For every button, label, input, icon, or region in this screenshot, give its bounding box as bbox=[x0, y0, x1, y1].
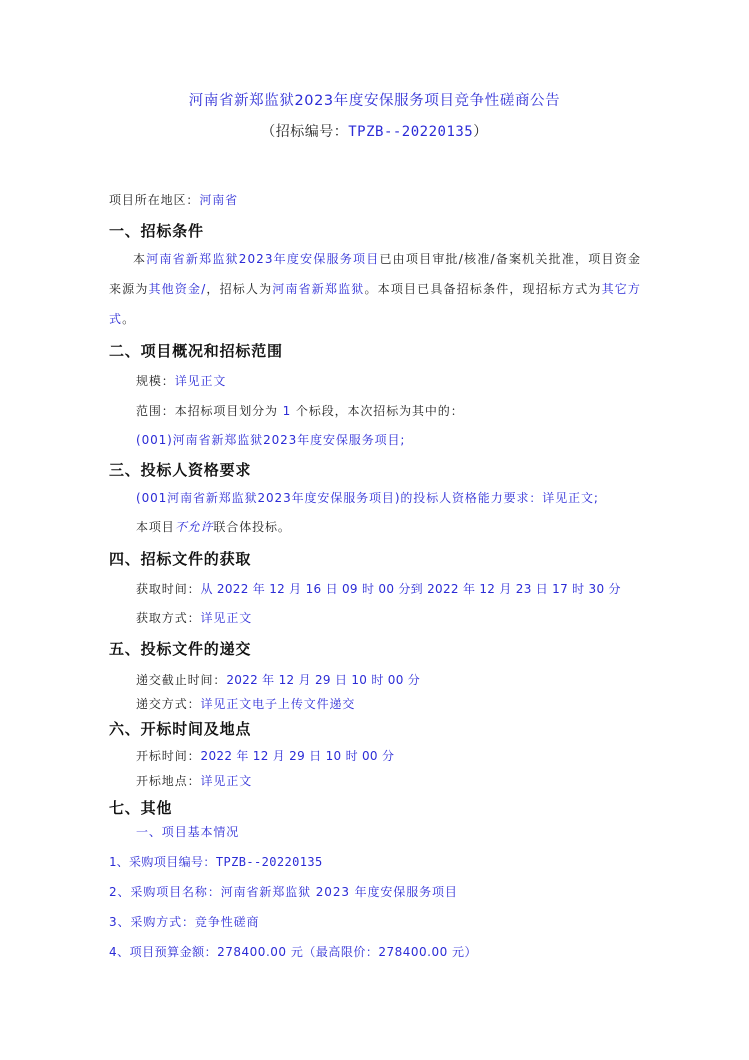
section-heading-6: 六、开标时间及地点 bbox=[109, 718, 251, 739]
deadline-value: 2022 年 12 月 29 日 10 时 00 分 bbox=[226, 673, 420, 687]
section-heading-4: 四、招标文件的获取 bbox=[109, 548, 251, 569]
obtain-time-label: 获取时间： bbox=[136, 582, 201, 596]
scale-value: 详见正文 bbox=[175, 374, 227, 388]
obtain-method-label: 获取方式： bbox=[136, 611, 201, 625]
scope-text: 个标段，本次招标为其中的： bbox=[296, 404, 464, 418]
opening-time-value: 2022 年 12 月 29 日 10 时 00 分 bbox=[201, 749, 395, 763]
info-item-method: 3、采购方式：竞争性磋商 bbox=[109, 913, 259, 930]
scale-label: 规模： bbox=[136, 374, 175, 388]
project-region: 项目所在地区：河南省 bbox=[109, 191, 238, 208]
consortium-row: 本项目不允许联合体投标。 bbox=[136, 518, 291, 535]
document-subtitle: （招标编号：TPZB--20220135） bbox=[0, 121, 749, 141]
document-title: 河南省新郑监狱2023年度安保服务项目竞争性磋商公告 bbox=[0, 89, 749, 110]
obtain-method-row: 获取方式：详见正文 bbox=[136, 609, 252, 626]
section-heading-5: 五、投标文件的递交 bbox=[109, 638, 251, 659]
scale-row: 规模：详见正文 bbox=[136, 372, 226, 389]
text: 已由项目审批/核准/备案机关批准，项目资 bbox=[379, 252, 627, 266]
project-name: 河南省新郑监狱2023年度安保服务项目 bbox=[146, 252, 379, 266]
section-heading-2: 二、项目概况和招标范围 bbox=[109, 340, 283, 361]
text: 本 bbox=[133, 252, 146, 266]
qualification-requirement: (001河南省新郑监狱2023年度安保服务项目)的投标人资格能力要求：详见正文; bbox=[136, 489, 599, 506]
opening-time-row: 开标时间：2022 年 12 月 29 日 10 时 00 分 bbox=[136, 747, 394, 764]
tender-method: 其 bbox=[602, 282, 615, 296]
scope-row: 范围：本招标项目划分为 1 个标段，本次招标为其中的： bbox=[136, 402, 464, 419]
scope-label: 范围：本招标项目划分为 bbox=[136, 404, 278, 418]
submit-method-row: 递交方式：详见正文电子上传文件递交 bbox=[136, 695, 355, 712]
submit-method-label: 递交方式： bbox=[136, 697, 201, 711]
basic-info-subheading: 一、项目基本情况 bbox=[136, 823, 239, 840]
consortium-value: 不允许 bbox=[175, 520, 214, 534]
subtitle-prefix: （招标编号： bbox=[261, 124, 348, 140]
fund-source: 其他资金/ bbox=[149, 282, 207, 296]
opening-time-label: 开标时间： bbox=[136, 749, 201, 763]
opening-place-value: 详见正文 bbox=[201, 774, 253, 788]
section-1-paragraph: 本河南省新郑监狱2023年度安保服务项目已由项目审批/核准/备案机关批准，项目资… bbox=[109, 244, 641, 334]
region-label: 项目所在地区： bbox=[109, 193, 199, 207]
opening-place-label: 开标地点： bbox=[136, 774, 201, 788]
lot-count: 1 bbox=[283, 404, 292, 418]
section-heading-1: 一、招标条件 bbox=[109, 220, 204, 241]
text: 。 bbox=[122, 312, 135, 326]
section-heading-3: 三、投标人资格要求 bbox=[109, 459, 251, 480]
region-value: 河南省 bbox=[199, 193, 238, 207]
obtain-method-value: 详见正文 bbox=[201, 611, 253, 625]
info-item-name: 2、采购项目名称：河南省新郑监狱 2023 年度安保服务项目 bbox=[109, 883, 458, 900]
subtitle-suffix: ） bbox=[473, 124, 488, 140]
lot-item: (001)河南省新郑监狱2023年度安保服务项目; bbox=[136, 431, 405, 448]
text: ，招标人为 bbox=[206, 282, 272, 296]
obtain-time-row: 获取时间：从 2022 年 12 月 16 日 09 时 00 分到 2022 … bbox=[136, 580, 621, 597]
info-item-budget: 4、项目预算金额：278400.00 元（最高限价：278400.00 元） bbox=[109, 943, 477, 960]
opening-place-row: 开标地点：详见正文 bbox=[136, 772, 252, 789]
deadline-label: 递交截止时间： bbox=[136, 673, 226, 687]
section-heading-7: 七、其他 bbox=[109, 797, 172, 818]
text: 。本项目已具备招标条件，现招标方式为 bbox=[364, 282, 601, 296]
text: 本项目 bbox=[136, 520, 175, 534]
obtain-time-value: 从 2022 年 12 月 16 日 09 时 00 分到 2022 年 12 … bbox=[201, 582, 621, 596]
info-item-code: 1、采购项目编号：TPZB--20220135 bbox=[109, 853, 323, 870]
tenderer-name: 河南省新郑监狱 bbox=[272, 282, 364, 296]
text: 联合体投标。 bbox=[213, 520, 290, 534]
deadline-row: 递交截止时间：2022 年 12 月 29 日 10 时 00 分 bbox=[136, 671, 420, 688]
tender-code: TPZB--20220135 bbox=[348, 124, 473, 140]
submit-method-value: 详见正文电子上传文件递交 bbox=[201, 697, 356, 711]
